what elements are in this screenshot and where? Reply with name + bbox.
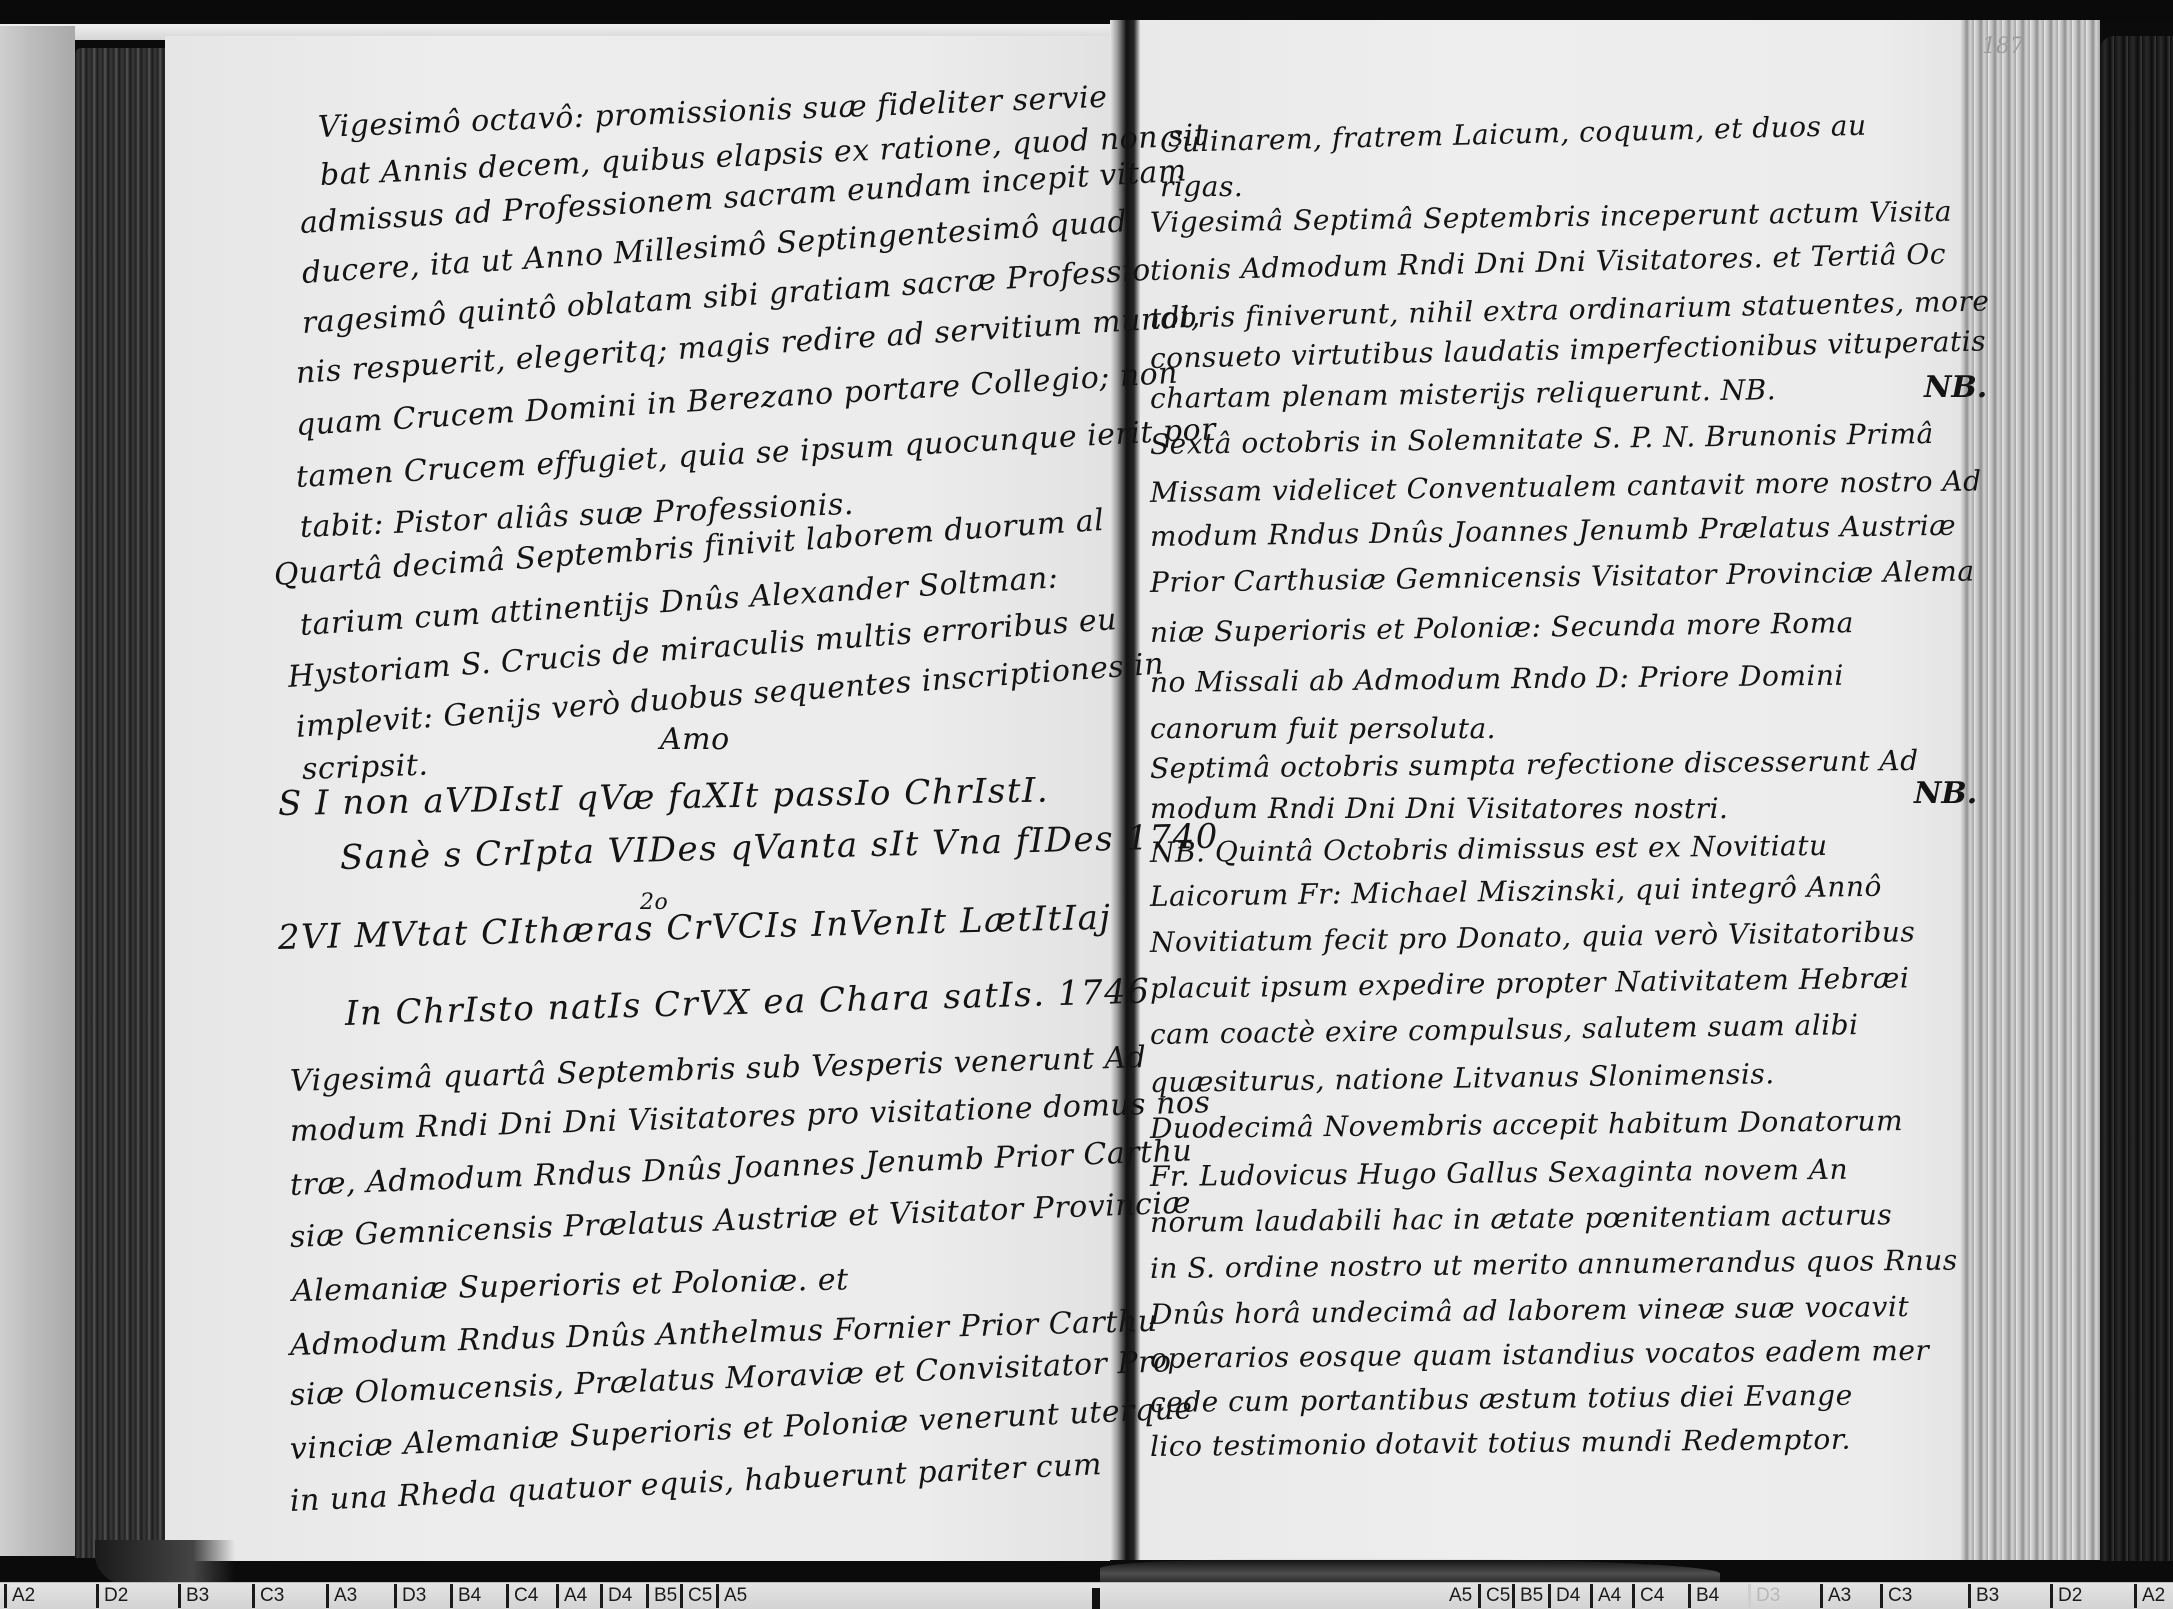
calibration-label: B5	[646, 1584, 677, 1608]
text-line: modum Rndi Dni Dni Visitatores nostri.	[1150, 792, 1728, 825]
calibration-label: C5	[680, 1584, 712, 1608]
text-line: rigas.	[1160, 170, 1243, 203]
folio-number: 187	[1982, 34, 2024, 59]
calibration-label: D2	[2050, 1584, 2082, 1608]
left-cover-edge	[0, 26, 75, 1556]
calibration-label: C3	[252, 1584, 284, 1608]
calibration-label: C4	[1632, 1584, 1664, 1608]
scan-top-border	[0, 0, 2173, 22]
calibration-label: D4	[600, 1584, 632, 1608]
calibration-label: B3	[178, 1584, 209, 1608]
calibration-label: D4	[1548, 1584, 1580, 1608]
calibration-label: A5	[1444, 1584, 1472, 1608]
right-page-curl-shadow	[1100, 1558, 1720, 1584]
margin-note-nb: NB.	[1924, 370, 1987, 405]
manuscript-spread: 187 Vigesimô octavô: promissionis suæ fi…	[0, 0, 2173, 1609]
calibration-label: C5	[1478, 1584, 1510, 1608]
calibration-label: A5	[716, 1584, 747, 1608]
calibration-label: A2	[4, 1584, 35, 1608]
chronogram-heading: Amo	[660, 722, 730, 757]
calibration-label: C3	[1880, 1584, 1912, 1608]
right-page-stack	[1960, 20, 2100, 1560]
calibration-label: A4	[556, 1584, 587, 1608]
margin-note-nb: NB.	[1914, 776, 1977, 811]
calibration-label: A3	[326, 1584, 357, 1608]
left-page-stack	[75, 48, 170, 1558]
calibration-label: A3	[1820, 1584, 1851, 1608]
calibration-label: D3	[394, 1584, 426, 1608]
calibration-label: A2	[2134, 1584, 2165, 1608]
right-cover-edge	[2100, 36, 2173, 1561]
calibration-label: D2	[96, 1584, 128, 1608]
calibration-label: D3	[1748, 1584, 1780, 1608]
calibration-label: B4	[450, 1584, 481, 1608]
calibration-label: B5	[1512, 1584, 1543, 1608]
calibration-label: A4	[1590, 1584, 1621, 1608]
calibration-label: B4	[1688, 1584, 1719, 1608]
calibration-label: C4	[506, 1584, 538, 1608]
left-page-curl-shadow	[95, 1540, 235, 1584]
calibration-label: B3	[1968, 1584, 1999, 1608]
text-line: canorum fuit persoluta.	[1150, 712, 1496, 745]
calibration-center-marker	[1092, 1588, 1100, 1609]
